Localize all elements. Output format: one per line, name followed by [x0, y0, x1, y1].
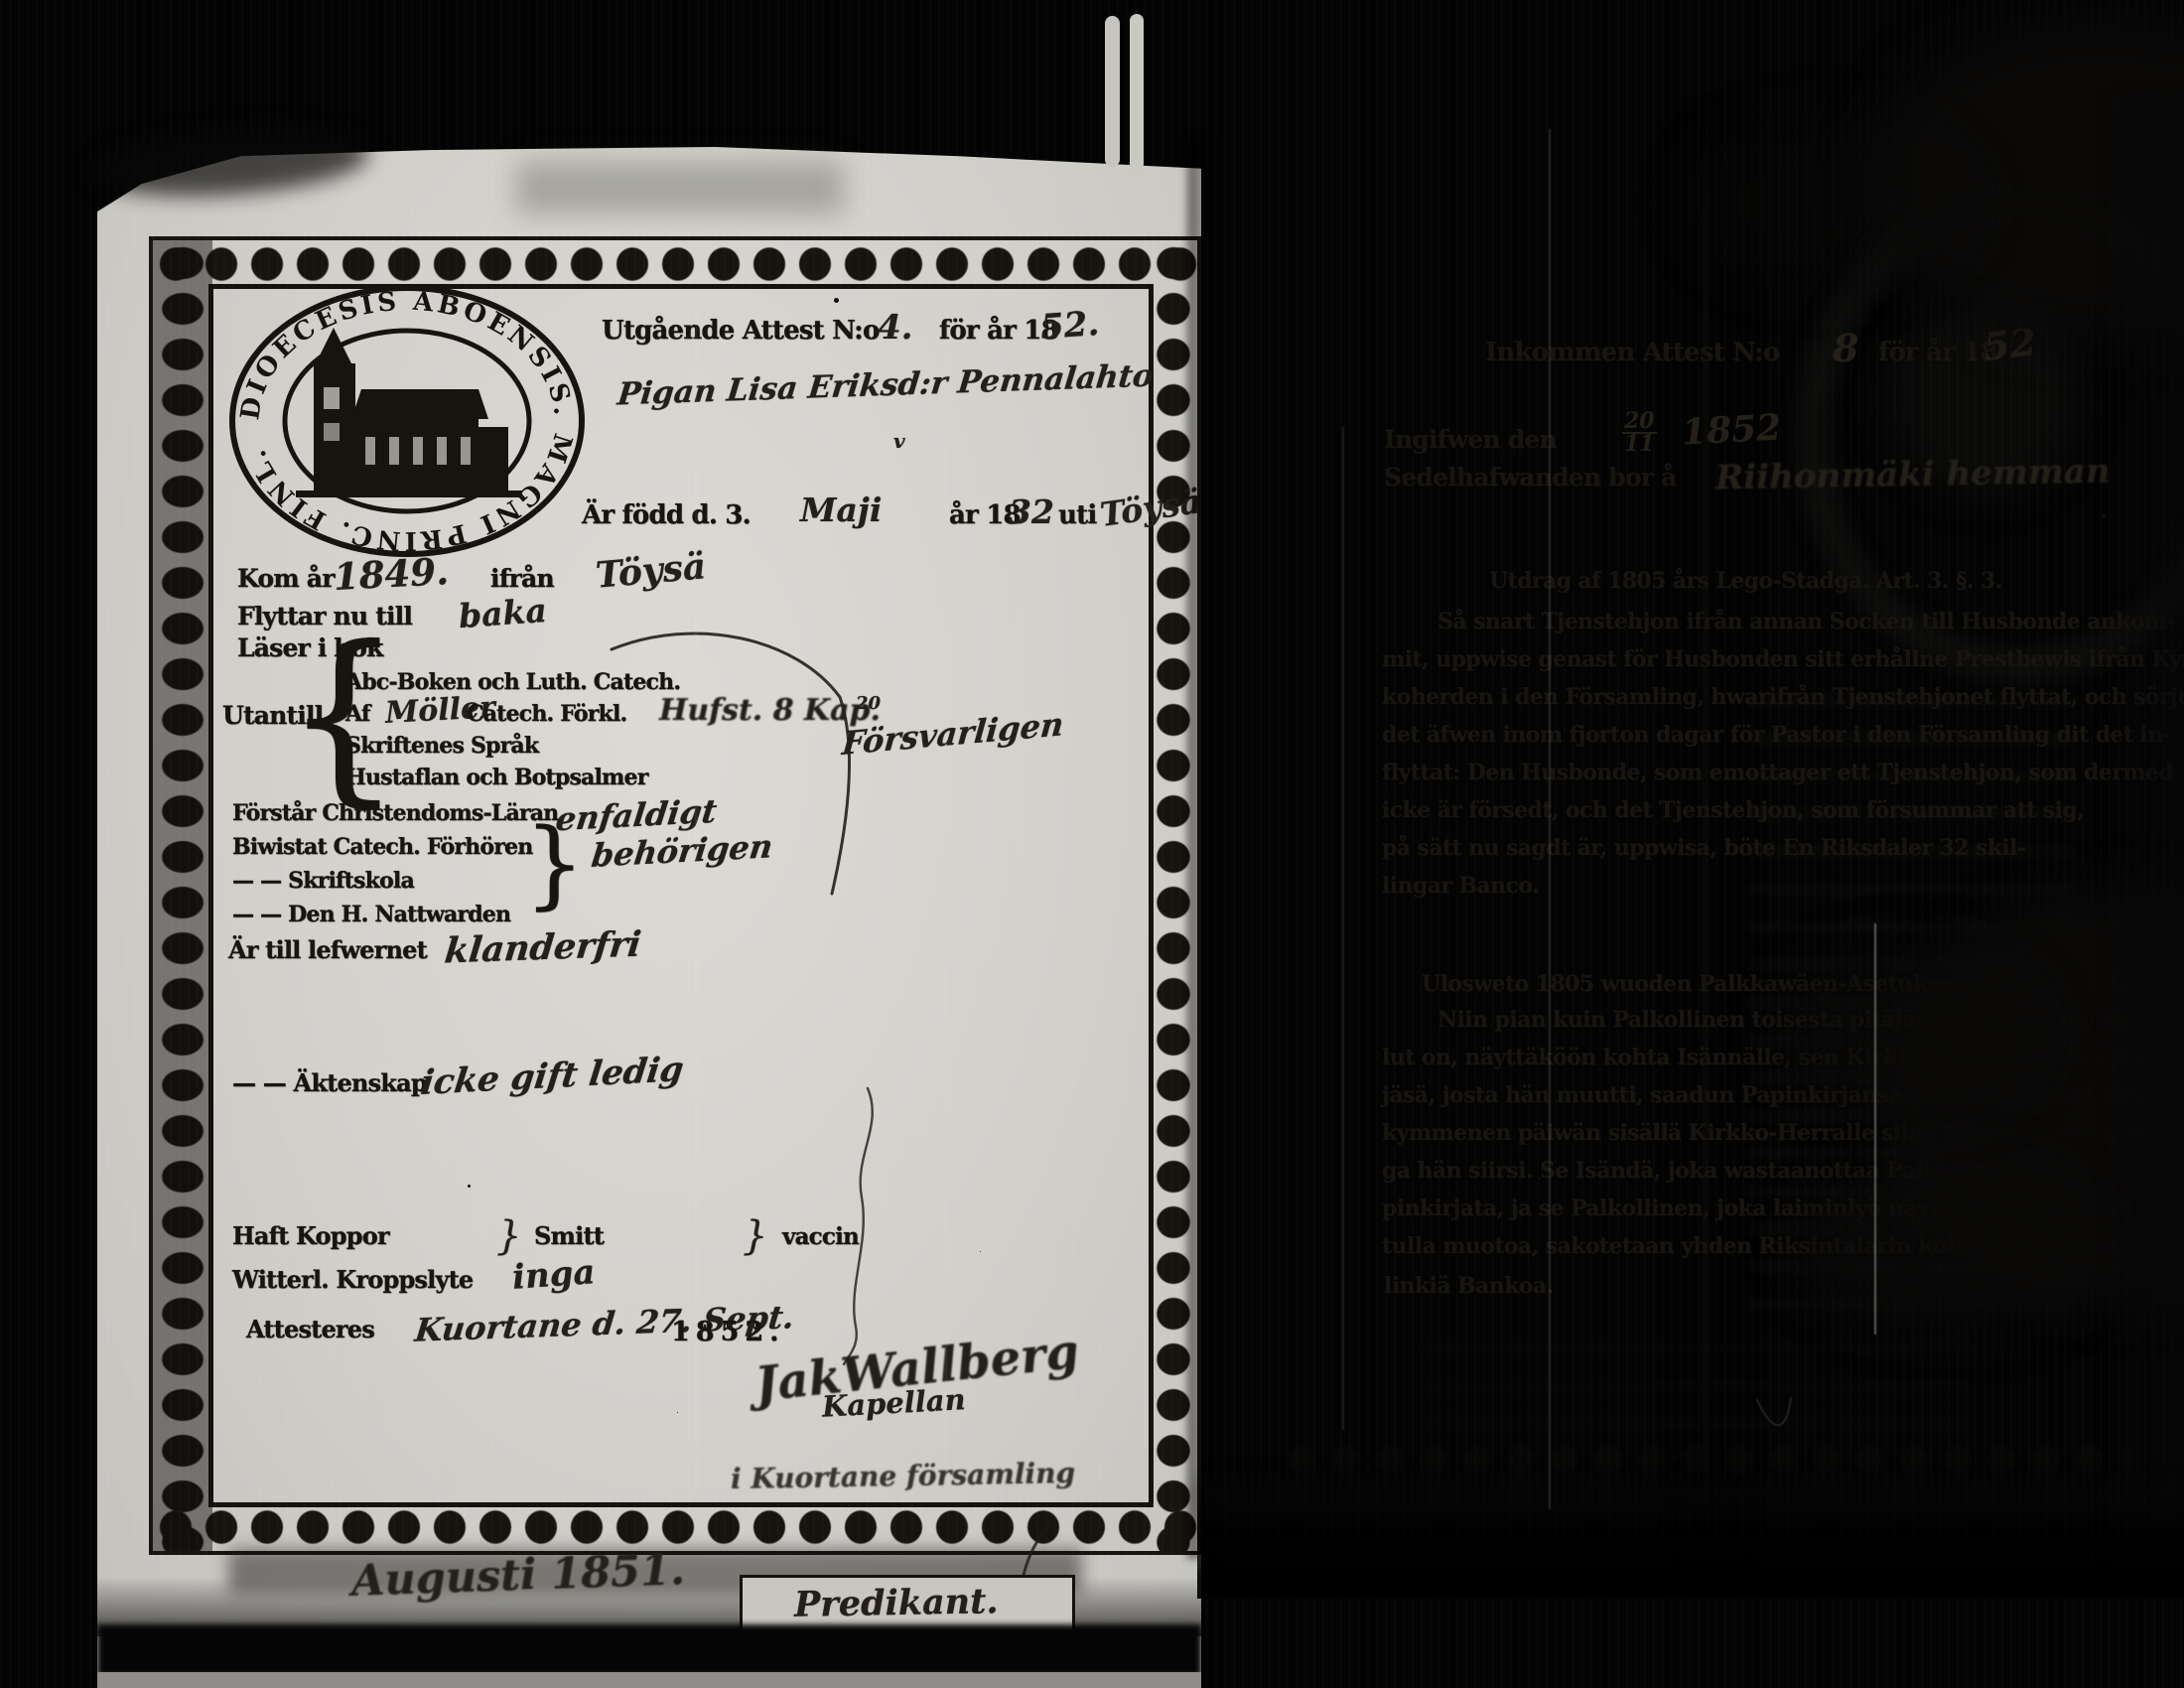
film-scratch	[1342, 427, 1344, 1430]
right-edge-shadow	[2105, 99, 2184, 1569]
dust-specks	[1890, 203, 1896, 209]
rosette-band-top	[153, 240, 1197, 288]
swedish-line: koherden i den Församling, hwarifrån Tje…	[1382, 684, 2184, 710]
stain-lower-right	[1797, 1162, 2105, 1331]
received-year: 1852	[1681, 406, 1782, 453]
attest-in-year-prefix: för år 18	[1878, 338, 1997, 367]
came-from: ifrån	[490, 564, 554, 593]
confirmation-label: — — Skriftskola	[232, 868, 414, 894]
gray-smudge	[516, 161, 844, 214]
communion-label: — — Den H. Nattwarden	[232, 902, 510, 927]
born-month: Maji	[800, 491, 882, 529]
grade-superscript: 20	[856, 693, 881, 714]
utantill-item-1: Abc-Boken och Luth. Catech.	[345, 669, 680, 695]
page-crease	[1703, 117, 1707, 1547]
bookmark-strip	[1130, 14, 1144, 171]
attest-in-prefix: Inkommen Attest N:o	[1485, 338, 1780, 367]
received-month: 11	[1622, 434, 1657, 455]
attest-out-number: 4.	[878, 308, 913, 348]
swedish-line: icke är försedt, och det Tjenstehjon, so…	[1382, 797, 2084, 823]
right-bottom-smear	[1197, 1479, 2184, 1519]
smallpox-label: Haft Koppor	[232, 1221, 389, 1250]
utantill-item-2-rest: Catech. Förkl.	[467, 701, 626, 727]
smallpox-smitt: Smitt	[534, 1221, 604, 1250]
attest-out-prefix: Utgående Attest N:o	[602, 316, 879, 346]
moves-value: baka	[458, 591, 548, 635]
utantill-item-2-af: Af	[345, 701, 370, 727]
defects-value: inga	[511, 1252, 597, 1298]
born-prefix: Är född d. 3.	[582, 500, 751, 530]
born-year: 32	[1009, 492, 1054, 531]
rosette-band-left	[153, 240, 212, 1551]
attest-in-number: 8	[1833, 326, 1858, 370]
born-uti: uti	[1058, 500, 1096, 530]
crease-shadow	[1683, 117, 1742, 1547]
diocese-seal: DIOECESIS ABOENSIS. MAGNI PRINC. FINL.	[224, 282, 590, 560]
utantill-item-2-extent: Hufst. 8 Kap.	[659, 693, 881, 728]
came-prefix: Kom år	[237, 564, 335, 593]
page-bottom-edge	[97, 1672, 1201, 1688]
swedish-line: det äfwen inom fjorton dagar för Pastor …	[1382, 722, 2171, 748]
marriage-label: — — Äktenskap	[232, 1068, 427, 1097]
signature-parish: i Kuortane församling	[731, 1457, 1076, 1495]
film-scratch	[695, 298, 697, 1489]
attested-label: Attesteres	[246, 1315, 374, 1343]
stain-mid-right-soft	[1777, 948, 2045, 1117]
attested-year: 1852.	[671, 1317, 785, 1347]
attended-brace: }	[524, 826, 584, 903]
stamp-label: Predikant.	[794, 1581, 999, 1625]
received-label: Ingifwen den	[1384, 425, 1557, 454]
defects-label: Witterl. Kroppslyte	[232, 1265, 473, 1294]
attest-out-year: 52.	[1039, 304, 1101, 348]
utantill-item-3: Skriftenes Språk	[345, 733, 538, 759]
bottom-black-band	[97, 1624, 1201, 1676]
swedish-line: mit, uppwise genast för Husbonden sitt e…	[1382, 646, 2184, 672]
dust-specks	[834, 298, 839, 303]
smallpox-brace-1: }	[496, 1213, 521, 1259]
smallpox-brace-2: }	[743, 1213, 767, 1259]
received-date-fraction: 20 11	[1622, 411, 1657, 455]
utantill-item-4: Hustaflan och Botpsalmer	[345, 765, 648, 790]
conduct-value: klanderfri	[443, 923, 643, 971]
came-year: 1849.	[333, 549, 450, 599]
swedish-heading: Utdrag af 1805 års Lego-Stadga. Art. 3. …	[1489, 568, 2002, 594]
scanned-book-spread: DIOECESIS ABOENSIS. MAGNI PRINC. FINL. U…	[0, 0, 2184, 1688]
swedish-line: lingar Banco.	[1382, 873, 1539, 899]
check-mark: v	[893, 429, 905, 453]
film-scratch	[945, 298, 947, 1470]
stain-top-right-soft	[1688, 119, 1976, 288]
bookmark-strip	[1105, 16, 1120, 167]
smallpox-vaccin: vaccin	[782, 1223, 859, 1250]
film-scratch	[1549, 129, 1551, 1509]
attended-label: Biwistat Catech. Förhören	[232, 834, 532, 860]
film-scratch	[1874, 923, 1876, 1335]
swedish-line: flyttat: Den Husbonde, som emottager ett…	[1382, 760, 2173, 785]
understands-label: Förstår Christendoms-Läran	[232, 800, 558, 826]
residence-value: Riihonmäki hemman	[1715, 452, 2111, 498]
residence-label: Sedelhafwanden bor å	[1384, 463, 1676, 492]
gutter-shadow	[1187, 139, 1215, 1559]
conduct-label: Är till lefwernet	[228, 935, 427, 964]
finnish-line: linkiä Bankoa.	[1384, 1273, 1554, 1299]
rosette-band-bottom	[153, 1503, 1197, 1551]
